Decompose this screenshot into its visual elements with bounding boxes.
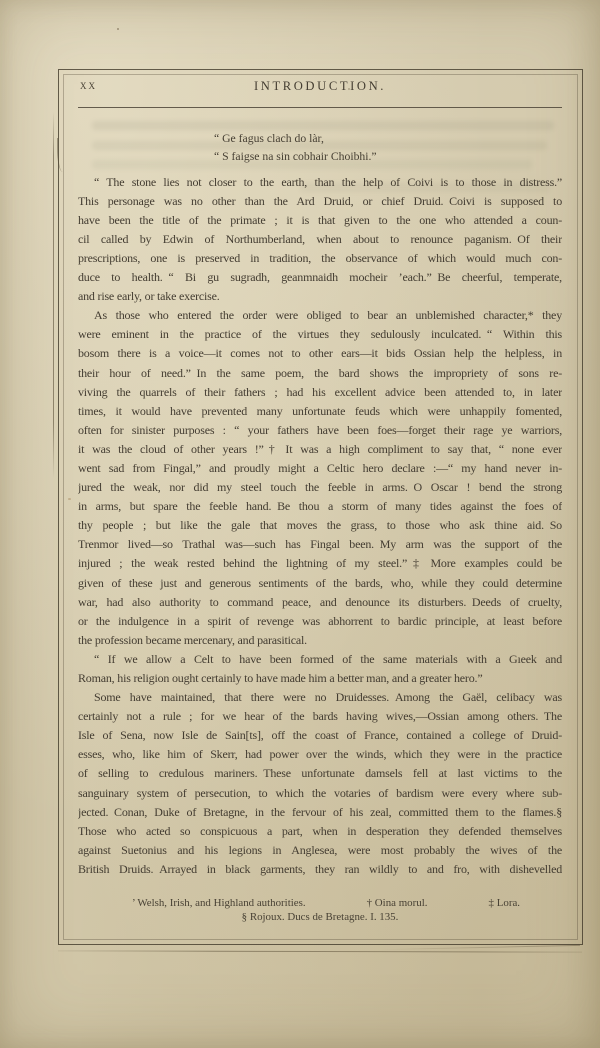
text-line: and rise early, or take exercise.: [78, 287, 562, 306]
text-line: given of these just and generous sentime…: [78, 574, 562, 593]
text-line: As those who entered the order were obli…: [78, 306, 562, 325]
footnote-oina-morul: † Oina morul.: [367, 896, 428, 910]
footnote-lora: ‡ Lora.: [489, 896, 520, 910]
footnote-row: ’ Welsh, Irish, and Highland authorities…: [78, 896, 562, 910]
ink-speck: [117, 28, 119, 30]
text-line: “ If we allow a Celt to have been formed…: [78, 650, 562, 669]
text-line: were eminent in the practice of the virt…: [78, 325, 562, 344]
page-title: INTRODUCTION.: [254, 79, 386, 94]
text-line: war, had also authority to command peace…: [78, 593, 562, 612]
text-line: esses, who, like him of Skerr, had power…: [78, 745, 562, 764]
text-line: certainly not a rule ; for we hear of th…: [78, 707, 562, 726]
text-line: injured ; the weak rested behind the lig…: [78, 554, 562, 573]
page-edge-line: [53, 112, 54, 478]
text-line: the profession became mercenary, and par…: [78, 631, 562, 650]
footnote-rojoux: § Rojoux. Ducs de Bretagne. I. 135.: [78, 910, 562, 925]
paragraph-3: “ If we allow a Celt to have been formed…: [78, 650, 562, 688]
text-line: “ The stone lies not closer to the earth…: [78, 173, 562, 192]
text-line: Isle of Sena, now Isle de Sain[ts], off …: [78, 726, 562, 745]
paragraph-4: Some have maintained, that there were no…: [78, 688, 562, 879]
text-line: cil called by Edwin of Northumberland, w…: [78, 230, 562, 249]
text-line: sanguinary system of persecution, to whi…: [78, 784, 562, 803]
text-line: often for sinister purposes : “ your fat…: [78, 421, 562, 440]
text-line: British Druids. Arrayed in black garment…: [78, 860, 562, 879]
text-line: against Suetonius and his legions in Ang…: [78, 841, 562, 860]
header-rule: [78, 107, 562, 108]
text-line: thy people ; but like the gale that move…: [78, 516, 562, 535]
text-line: duce to health. “ Bi gu sugradh, geanmna…: [78, 268, 562, 287]
text-line: Trenmor lived—so Trathal was—such has Fi…: [78, 535, 562, 554]
paragraph-1: “ The stone lies not closer to the earth…: [78, 173, 562, 307]
epigraph-line: “ S faigse na sin cobhair Choibhi.”: [214, 148, 562, 166]
text-line: it was the cloud of other years !”† It w…: [78, 440, 562, 459]
epigraph-line: “ Ge fagus clach do làr,: [214, 130, 562, 148]
page-content: xx INTRODUCTION. “ Ge fagus clach do làr…: [78, 78, 562, 925]
text-line: in arms, but spare the feeble hand. Be t…: [78, 497, 562, 516]
text-line: jected. Conan, Duke of Bretagne, in the …: [78, 803, 562, 822]
text-line: or the indulgence in a spirit of revenge…: [78, 612, 562, 631]
footnote-authorities: ’ Welsh, Irish, and Highland authorities…: [132, 896, 306, 910]
text-line: times, it would have prevented many unfo…: [78, 402, 562, 421]
footnotes: ’ Welsh, Irish, and Highland authorities…: [78, 896, 562, 925]
paragraph-2: As those who entered the order were obli…: [78, 306, 562, 650]
text-line: Roman, his religion ought certainly to h…: [78, 669, 562, 688]
text-line: viving the quarrels of their fathers ; h…: [78, 383, 562, 402]
epigraph: “ Ge fagus clach do làr, “ S faigse na s…: [214, 130, 562, 165]
page-number: xx: [80, 78, 97, 93]
text-line: Some have maintained, that there were no…: [78, 688, 562, 707]
text-line: of selling to credulous mariners. These …: [78, 764, 562, 783]
text-line: went sad from Fingal,” and proudly might…: [78, 459, 562, 478]
page-header: xx INTRODUCTION.: [78, 78, 562, 96]
page-edge-line: [380, 945, 580, 950]
text-line: Those who acted so conspicuous a part, w…: [78, 822, 562, 841]
text-line: This personage was no other than the Ard…: [78, 192, 562, 211]
text-line: bosom there is a voice—it comes not to o…: [78, 344, 562, 363]
body-text: “ The stone lies not closer to the earth…: [78, 173, 562, 879]
page-edge-line: [58, 950, 582, 952]
page-edge-curl: [57, 138, 65, 172]
text-line: prescriptions, one is preserved in tradi…: [78, 249, 562, 268]
text-line: their hour of need.” In the same poem, t…: [78, 364, 562, 383]
text-line: jured the weak, nor did my steel touch t…: [78, 478, 562, 497]
text-line: have been the title of the primate ; it …: [78, 211, 562, 230]
